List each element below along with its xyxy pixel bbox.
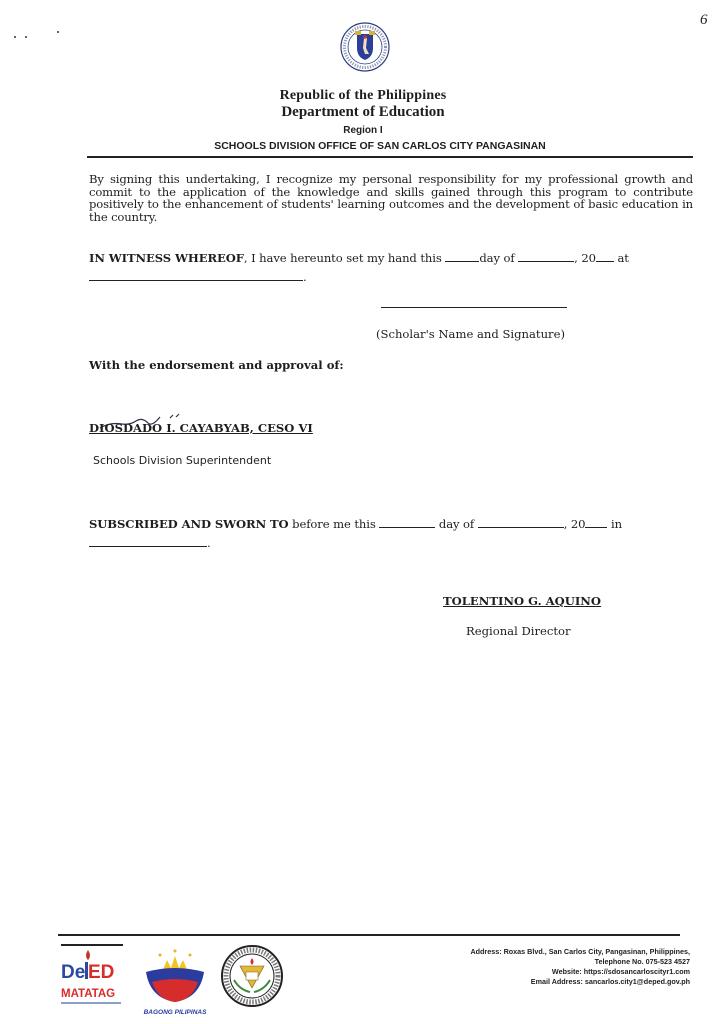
witness-text: , I have hereunto set my hand this — [244, 251, 445, 265]
scan-mark — [25, 36, 27, 38]
sworn-text: day of — [435, 517, 477, 531]
footer-website[interactable]: Website: https://sdosancarloscityr1.com — [420, 967, 690, 977]
scholar-signature-label: (Scholar's Name and Signature) — [376, 327, 565, 341]
sworn-text: , 20 — [564, 517, 586, 531]
sworn-text: . — [207, 536, 211, 550]
footer-logos: De ED MATATAG BAGONG PILIPINAS — [58, 942, 298, 1020]
witness-clause: IN WITNESS WHEREOF, I have hereunto set … — [89, 249, 693, 287]
sdo-san-carlos-seal — [220, 944, 284, 1008]
witness-text: day of — [479, 251, 518, 265]
regional-director-name: TOLENTINO G. AQUINO — [443, 594, 601, 608]
sworn-year-blank[interactable] — [585, 517, 607, 528]
office-heading: SCHOOLS DIVISION OFFICE OF SAN CARLOS CI… — [0, 140, 726, 152]
svg-text:BAGONG PILIPINAS: BAGONG PILIPINAS — [144, 1009, 208, 1016]
deped-seal-icon — [340, 22, 390, 72]
witness-lead: IN WITNESS WHEREOF — [89, 251, 244, 265]
scan-mark — [57, 31, 59, 33]
sworn-day-blank[interactable] — [379, 517, 435, 528]
regional-director-title: Regional Director — [466, 624, 571, 638]
header-divider — [87, 156, 693, 158]
witness-month-blank[interactable] — [518, 251, 574, 262]
sworn-text: before me this — [289, 517, 380, 531]
page-number: 6 — [700, 12, 708, 29]
endorsement-label: With the endorsement and approval of: — [89, 358, 344, 372]
superintendent-name: DIOSDADO I. CAYABYAB, CESO VI — [89, 421, 313, 435]
superintendent-title: Schools Division Superintendent — [93, 454, 271, 467]
footer-divider — [58, 934, 680, 936]
republic-heading: Republic of the Philippines — [0, 88, 726, 104]
witness-place-blank[interactable] — [89, 270, 303, 281]
svg-text:MATATAG: MATATAG — [61, 988, 115, 1000]
witness-text: at — [614, 251, 629, 265]
witness-text: , 20 — [574, 251, 596, 265]
witness-year-blank[interactable] — [596, 251, 614, 262]
department-heading: Department of Education — [0, 104, 726, 121]
witness-text: . — [303, 270, 307, 284]
undertaking-paragraph: By signing this undertaking, I recognize… — [89, 173, 693, 223]
scan-mark — [14, 36, 16, 38]
footer-address: Address: Roxas Blvd., San Carlos City, P… — [420, 947, 690, 957]
sworn-lead: SUBSCRIBED AND SWORN TO — [89, 517, 289, 531]
witness-day-blank[interactable] — [445, 251, 479, 262]
footer-contact: Address: Roxas Blvd., San Carlos City, P… — [420, 947, 690, 987]
sworn-month-blank[interactable] — [478, 517, 564, 528]
scholar-signature-line[interactable] — [381, 307, 567, 308]
deped-matatag-logo: De ED MATATAG — [58, 942, 128, 1020]
sworn-text: in — [607, 517, 622, 531]
footer-email[interactable]: Email Address: sancarlos.city1@deped.gov… — [420, 977, 690, 987]
bagong-pilipinas-logo: BAGONG PILIPINAS — [140, 946, 210, 1018]
sworn-place-blank[interactable] — [89, 536, 207, 547]
svg-text:ED: ED — [88, 962, 114, 983]
svg-text:De: De — [61, 962, 85, 983]
region-heading: Region I — [0, 125, 726, 136]
sworn-clause: SUBSCRIBED AND SWORN TO before me this d… — [89, 515, 693, 553]
footer-telephone: Telephone No. 075-523 4527 — [420, 957, 690, 967]
